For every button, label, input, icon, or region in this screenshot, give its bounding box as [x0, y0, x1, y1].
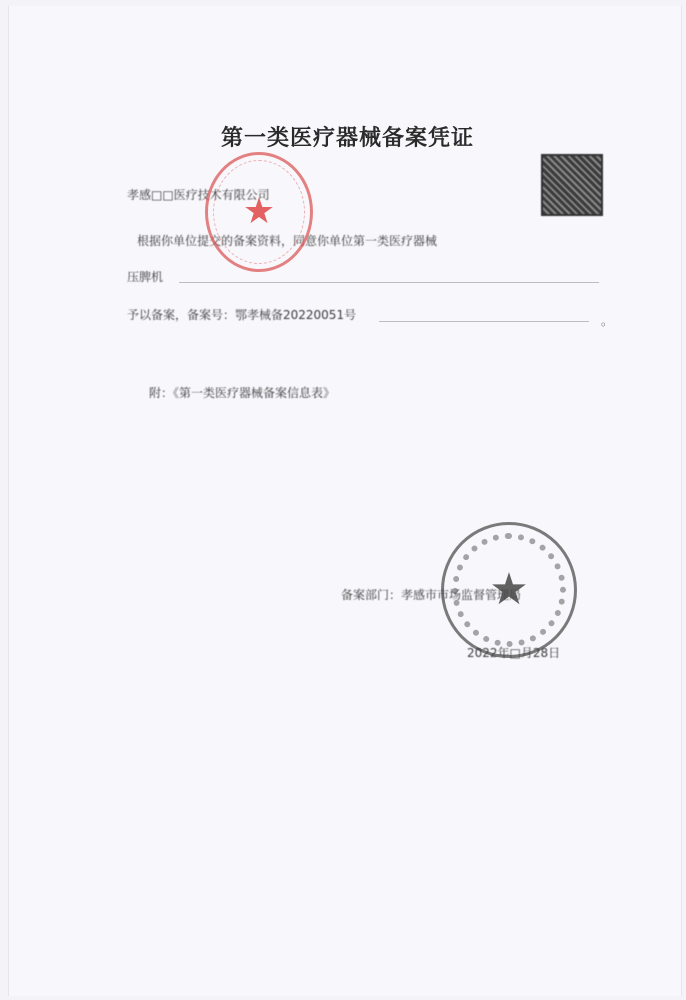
issue-date: 2022年□月28日	[467, 644, 560, 661]
company-seal-icon: ★	[205, 152, 313, 272]
product-name: 压脾机	[127, 268, 163, 285]
department-seal-icon: ★	[441, 522, 577, 658]
filing-number-line: 予以备案，备案号：鄂孝械备20220051号	[127, 306, 356, 323]
qr-code-icon	[541, 154, 603, 216]
product-underline	[179, 282, 599, 283]
attachment-line: 附：《第一类医疗器械备案信息表》	[149, 384, 335, 401]
filing-underline	[379, 321, 589, 322]
period-mark: 。	[601, 312, 613, 329]
document-page: 第一类医疗器械备案凭证 孝感□□医疗技术有限公司 根据你单位提交的备案资料，同意…	[8, 6, 682, 996]
document-title: 第一类医疗器械备案凭证	[221, 121, 474, 152]
star-icon: ★	[243, 194, 275, 230]
star-icon: ★	[489, 568, 528, 612]
